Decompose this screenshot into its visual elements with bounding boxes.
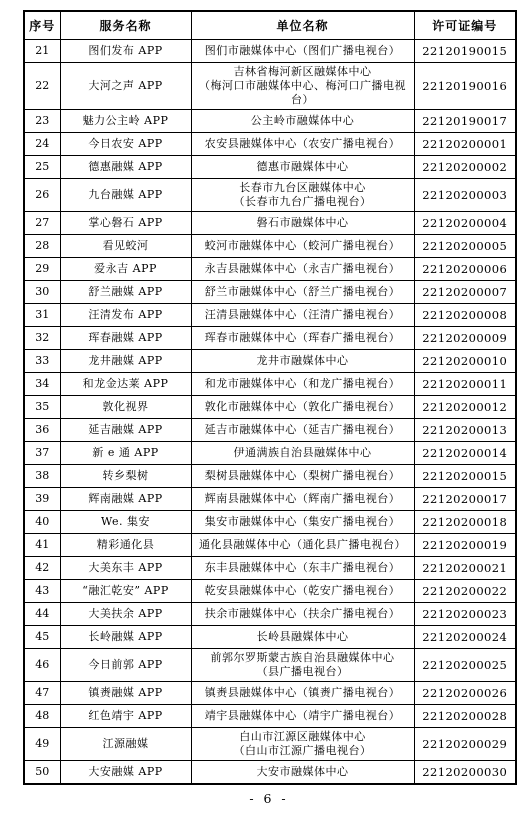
license-number-cell: 22120200029 [414,728,516,761]
service-name-cell: 爱永吉 APP [60,258,191,281]
service-name-cell: 敦化视界 [60,396,191,419]
table-row: 45长岭融媒 APP长岭县融媒体中心22120200024 [24,626,516,649]
row-number-cell: 33 [24,350,60,373]
row-number-cell: 22 [24,63,60,110]
unit-name-cell: 农安县融媒体中心（农安广播电视台） [191,133,414,156]
license-number-cell: 22120200022 [414,580,516,603]
table-row: 49江源融媒白山市江源区融媒体中心 （白山市江源广播电视台）2212020002… [24,728,516,761]
table-row: 43“融汇乾安” APP乾安县融媒体中心（乾安广播电视台）22120200022 [24,580,516,603]
license-number-cell: 22120190015 [414,40,516,63]
table-row: 27掌心磐石 APP磐石市融媒体中心22120200004 [24,212,516,235]
license-number-cell: 22120200015 [414,465,516,488]
service-name-cell: 镇赉融媒 APP [60,682,191,705]
license-number-cell: 22120200002 [414,156,516,179]
service-name-cell: 珲春融媒 APP [60,327,191,350]
row-number-cell: 21 [24,40,60,63]
service-name-cell: 德惠融媒 APP [60,156,191,179]
license-number-cell: 22120200030 [414,761,516,785]
row-number-cell: 45 [24,626,60,649]
table-row: 24今日农安 APP农安县融媒体中心（农安广播电视台）22120200001 [24,133,516,156]
service-name-cell: 图们发布 APP [60,40,191,63]
row-number-cell: 28 [24,235,60,258]
row-number-cell: 25 [24,156,60,179]
unit-name-cell: 敦化市融媒体中心（敦化广播电视台） [191,396,414,419]
license-number-cell: 22120200006 [414,258,516,281]
row-number-cell: 36 [24,419,60,442]
table-row: 38转乡梨树梨树县融媒体中心（梨树广播电视台）22120200015 [24,465,516,488]
row-number-cell: 44 [24,603,60,626]
service-name-cell: 精彩通化县 [60,534,191,557]
row-number-cell: 48 [24,705,60,728]
unit-name-cell: 永吉县融媒体中心（永吉广播电视台） [191,258,414,281]
table-row: 28看见蛟河蛟河市融媒体中心（蛟河广播电视台）22120200005 [24,235,516,258]
row-number-cell: 39 [24,488,60,511]
header-row: 序号服务名称单位名称许可证编号 [24,11,516,40]
unit-name-cell: 梨树县融媒体中心（梨树广播电视台） [191,465,414,488]
license-table: 序号服务名称单位名称许可证编号 21图们发布 APP图们市融媒体中心（图们广播电… [23,10,517,785]
unit-name-cell: 集安市融媒体中心（集安广播电视台） [191,511,414,534]
unit-name-cell: 龙井市融媒体中心 [191,350,414,373]
service-name-cell: 舒兰融媒 APP [60,281,191,304]
service-name-cell: 龙井融媒 APP [60,350,191,373]
service-name-cell: 大美东丰 APP [60,557,191,580]
row-number-cell: 27 [24,212,60,235]
table-row: 40We. 集安集安市融媒体中心（集安广播电视台）22120200018 [24,511,516,534]
service-name-cell: 大美扶余 APP [60,603,191,626]
license-number-cell: 22120200025 [414,649,516,682]
table-row: 42大美东丰 APP东丰县融媒体中心（东丰广播电视台）22120200021 [24,557,516,580]
column-header-no: 序号 [24,11,60,40]
table-row: 33龙井融媒 APP龙井市融媒体中心22120200010 [24,350,516,373]
unit-name-cell: 辉南县融媒体中心（辉南广播电视台） [191,488,414,511]
license-number-cell: 22120200010 [414,350,516,373]
license-number-cell: 22120200009 [414,327,516,350]
service-name-cell: 汪清发布 APP [60,304,191,327]
row-number-cell: 32 [24,327,60,350]
license-number-cell: 22120200013 [414,419,516,442]
table-row: 21图们发布 APP图们市融媒体中心（图们广播电视台）22120190015 [24,40,516,63]
unit-name-cell: 长岭县融媒体中心 [191,626,414,649]
service-name-cell: 九台融媒 APP [60,179,191,212]
row-number-cell: 26 [24,179,60,212]
license-number-cell: 22120200011 [414,373,516,396]
row-number-cell: 42 [24,557,60,580]
unit-name-cell: 珲春市融媒体中心（珲春广播电视台） [191,327,414,350]
service-name-cell: 今日农安 APP [60,133,191,156]
table-row: 44大美扶余 APP扶余市融媒体中心（扶余广播电视台）22120200023 [24,603,516,626]
license-number-cell: 22120200004 [414,212,516,235]
unit-name-cell: 舒兰市融媒体中心（舒兰广播电视台） [191,281,414,304]
table-row: 48红色靖宇 APP靖宇县融媒体中心（靖宇广播电视台）22120200028 [24,705,516,728]
license-number-cell: 22120200008 [414,304,516,327]
unit-name-cell: 延吉市融媒体中心（延吉广播电视台） [191,419,414,442]
unit-name-cell: 长春市九台区融媒体中心 （长春市九台广播电视台） [191,179,414,212]
license-number-cell: 22120200001 [414,133,516,156]
service-name-cell: “融汇乾安” APP [60,580,191,603]
service-name-cell: 今日前郭 APP [60,649,191,682]
unit-name-cell: 靖宇县融媒体中心（靖宇广播电视台） [191,705,414,728]
service-name-cell: We. 集安 [60,511,191,534]
table-row: 41精彩通化县通化县融媒体中心（通化县广播电视台）22120200019 [24,534,516,557]
table-row: 32珲春融媒 APP珲春市融媒体中心（珲春广播电视台）22120200009 [24,327,516,350]
service-name-cell: 延吉融媒 APP [60,419,191,442]
row-number-cell: 30 [24,281,60,304]
table-row: 35敦化视界敦化市融媒体中心（敦化广播电视台）22120200012 [24,396,516,419]
license-number-cell: 22120200021 [414,557,516,580]
service-name-cell: 大安融媒 APP [60,761,191,785]
service-name-cell: 看见蛟河 [60,235,191,258]
row-number-cell: 34 [24,373,60,396]
table-row: 22大河之声 APP吉林省梅河新区融媒体中心 （梅河口市融媒体中心、梅河口广播电… [24,63,516,110]
table-row: 29爱永吉 APP永吉县融媒体中心（永吉广播电视台）22120200006 [24,258,516,281]
unit-name-cell: 白山市江源区融媒体中心 （白山市江源广播电视台） [191,728,414,761]
unit-name-cell: 扶余市融媒体中心（扶余广播电视台） [191,603,414,626]
row-number-cell: 23 [24,110,60,133]
table-row: 31汪清发布 APP汪清县融媒体中心（汪清广播电视台）22120200008 [24,304,516,327]
service-name-cell: 转乡梨树 [60,465,191,488]
unit-name-cell: 通化县融媒体中心（通化县广播电视台） [191,534,414,557]
row-number-cell: 24 [24,133,60,156]
column-header-unit: 单位名称 [191,11,414,40]
table-row: 36延吉融媒 APP延吉市融媒体中心（延吉广播电视台）22120200013 [24,419,516,442]
unit-name-cell: 吉林省梅河新区融媒体中心 （梅河口市融媒体中心、梅河口广播电视台） [191,63,414,110]
unit-name-cell: 图们市融媒体中心（图们广播电视台） [191,40,414,63]
row-number-cell: 43 [24,580,60,603]
unit-name-cell: 公主岭市融媒体中心 [191,110,414,133]
table-row: 37新 e 通 APP伊通满族自治县融媒体中心22120200014 [24,442,516,465]
row-number-cell: 38 [24,465,60,488]
license-number-cell: 22120200005 [414,235,516,258]
table-row: 30舒兰融媒 APP舒兰市融媒体中心（舒兰广播电视台）22120200007 [24,281,516,304]
row-number-cell: 41 [24,534,60,557]
table-row: 46今日前郭 APP前郭尔罗斯蒙古族自治县融媒体中心 （县广播电视台）22120… [24,649,516,682]
table-row: 39辉南融媒 APP辉南县融媒体中心（辉南广播电视台）22120200017 [24,488,516,511]
row-number-cell: 40 [24,511,60,534]
row-number-cell: 49 [24,728,60,761]
table-row: 50大安融媒 APP大安市融媒体中心22120200030 [24,761,516,785]
license-number-cell: 22120200018 [414,511,516,534]
unit-name-cell: 汪清县融媒体中心（汪清广播电视台） [191,304,414,327]
table-row: 26九台融媒 APP长春市九台区融媒体中心 （长春市九台广播电视台）221202… [24,179,516,212]
license-number-cell: 22120200017 [414,488,516,511]
license-number-cell: 22120190016 [414,63,516,110]
document-page: 序号服务名称单位名称许可证编号 21图们发布 APP图们市融媒体中心（图们广播电… [0,0,529,815]
license-number-cell: 22120200019 [414,534,516,557]
unit-name-cell: 蛟河市融媒体中心（蛟河广播电视台） [191,235,414,258]
table-body: 21图们发布 APP图们市融媒体中心（图们广播电视台）2212019001522… [24,40,516,785]
license-number-cell: 22120200023 [414,603,516,626]
row-number-cell: 47 [24,682,60,705]
row-number-cell: 31 [24,304,60,327]
table-row: 23魅力公主岭 APP公主岭市融媒体中心22120190017 [24,110,516,133]
unit-name-cell: 东丰县融媒体中心（东丰广播电视台） [191,557,414,580]
license-number-cell: 22120200012 [414,396,516,419]
row-number-cell: 29 [24,258,60,281]
service-name-cell: 江源融媒 [60,728,191,761]
column-header-license: 许可证编号 [414,11,516,40]
page-number: - 6 - [23,791,515,806]
unit-name-cell: 大安市融媒体中心 [191,761,414,785]
service-name-cell: 和龙金达莱 APP [60,373,191,396]
service-name-cell: 辉南融媒 APP [60,488,191,511]
unit-name-cell: 德惠市融媒体中心 [191,156,414,179]
license-number-cell: 22120200003 [414,179,516,212]
unit-name-cell: 和龙市融媒体中心（和龙广播电视台） [191,373,414,396]
service-name-cell: 新 e 通 APP [60,442,191,465]
service-name-cell: 长岭融媒 APP [60,626,191,649]
column-header-service: 服务名称 [60,11,191,40]
table-row: 34和龙金达莱 APP和龙市融媒体中心（和龙广播电视台）22120200011 [24,373,516,396]
service-name-cell: 大河之声 APP [60,63,191,110]
service-name-cell: 红色靖宇 APP [60,705,191,728]
table-row: 47镇赉融媒 APP镇赉县融媒体中心（镇赉广播电视台）22120200026 [24,682,516,705]
row-number-cell: 50 [24,761,60,785]
license-number-cell: 22120200024 [414,626,516,649]
license-number-cell: 22120200028 [414,705,516,728]
service-name-cell: 掌心磐石 APP [60,212,191,235]
row-number-cell: 35 [24,396,60,419]
license-number-cell: 22120190017 [414,110,516,133]
row-number-cell: 37 [24,442,60,465]
license-number-cell: 22120200014 [414,442,516,465]
license-number-cell: 22120200007 [414,281,516,304]
table-row: 25德惠融媒 APP德惠市融媒体中心22120200002 [24,156,516,179]
unit-name-cell: 伊通满族自治县融媒体中心 [191,442,414,465]
license-number-cell: 22120200026 [414,682,516,705]
unit-name-cell: 磐石市融媒体中心 [191,212,414,235]
unit-name-cell: 镇赉县融媒体中心（镇赉广播电视台） [191,682,414,705]
row-number-cell: 46 [24,649,60,682]
unit-name-cell: 前郭尔罗斯蒙古族自治县融媒体中心 （县广播电视台） [191,649,414,682]
service-name-cell: 魅力公主岭 APP [60,110,191,133]
unit-name-cell: 乾安县融媒体中心（乾安广播电视台） [191,580,414,603]
